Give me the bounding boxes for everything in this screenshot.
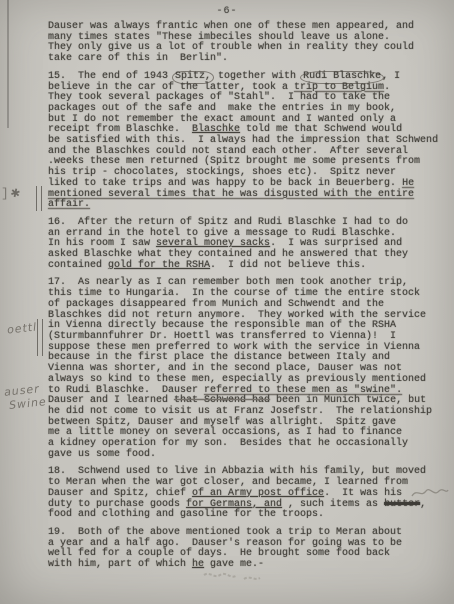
text-segment: 17. As nearly as I can remember both men… xyxy=(48,277,426,395)
paragraph: 16. After the return of Spitz and Rudi B… xyxy=(48,218,449,272)
scan-edge-artifact xyxy=(7,0,9,128)
text-segment-ink-underline: Blaschke xyxy=(192,124,240,135)
text-segment-ink-underline: several money sacks xyxy=(156,238,270,249)
pencil-emphasis-bars-paragraph17 xyxy=(37,319,43,356)
text-segment-pencil-strike: that Schwend had xyxy=(174,395,270,406)
text-segment: 15. The end of 1943 xyxy=(48,71,174,82)
paragraph: 19. Both of the above mentioned took a t… xyxy=(48,528,449,571)
paragraph: 17. As nearly as I can remember both men… xyxy=(48,278,449,460)
handwritten-note-hoettl: oettl xyxy=(6,320,37,336)
text-segment: Dauser and I learned xyxy=(48,395,174,406)
paragraph: Dauser was always frantic when one of th… xyxy=(48,22,449,65)
text-segment: . I did not believe this. xyxy=(210,260,366,271)
pencil-smudge-bottom xyxy=(200,567,280,585)
handwritten-scribble-right-margin xyxy=(410,485,450,501)
pencil-bracket-mark: ] xyxy=(1,186,9,201)
pencil-emphasis-bars-paragraph15 xyxy=(36,186,42,211)
page-number: -6- xyxy=(0,6,454,17)
scanned-document-page: -6- Dauser was always frantic when one o… xyxy=(0,0,454,604)
text-segment: , such items as xyxy=(282,499,384,510)
text-segment-pencil-underline: referred to these men as "swine". xyxy=(204,385,402,396)
text-segment-ink-underline: for Germans, and xyxy=(186,499,282,510)
text-segment-ink-underline: gold for the RSHA xyxy=(108,260,210,271)
document-body: Dauser was always frantic when one of th… xyxy=(48,22,449,578)
text-segment: together with xyxy=(212,71,302,82)
paragraph: 15. The end of 1943 Spitz, together with… xyxy=(48,72,449,211)
paragraph: 18. Schwend used to live in Abbazia with… xyxy=(48,467,449,521)
text-segment: Dauser was always frantic when one of th… xyxy=(48,21,414,64)
pencil-star-mark: ✱ xyxy=(9,182,22,202)
text-segment-pencil-underline: trip to Belgium xyxy=(294,82,384,93)
text-segment-ink-underline: of an Army post office xyxy=(192,488,324,499)
handwritten-note-swine: Swine xyxy=(8,395,47,412)
